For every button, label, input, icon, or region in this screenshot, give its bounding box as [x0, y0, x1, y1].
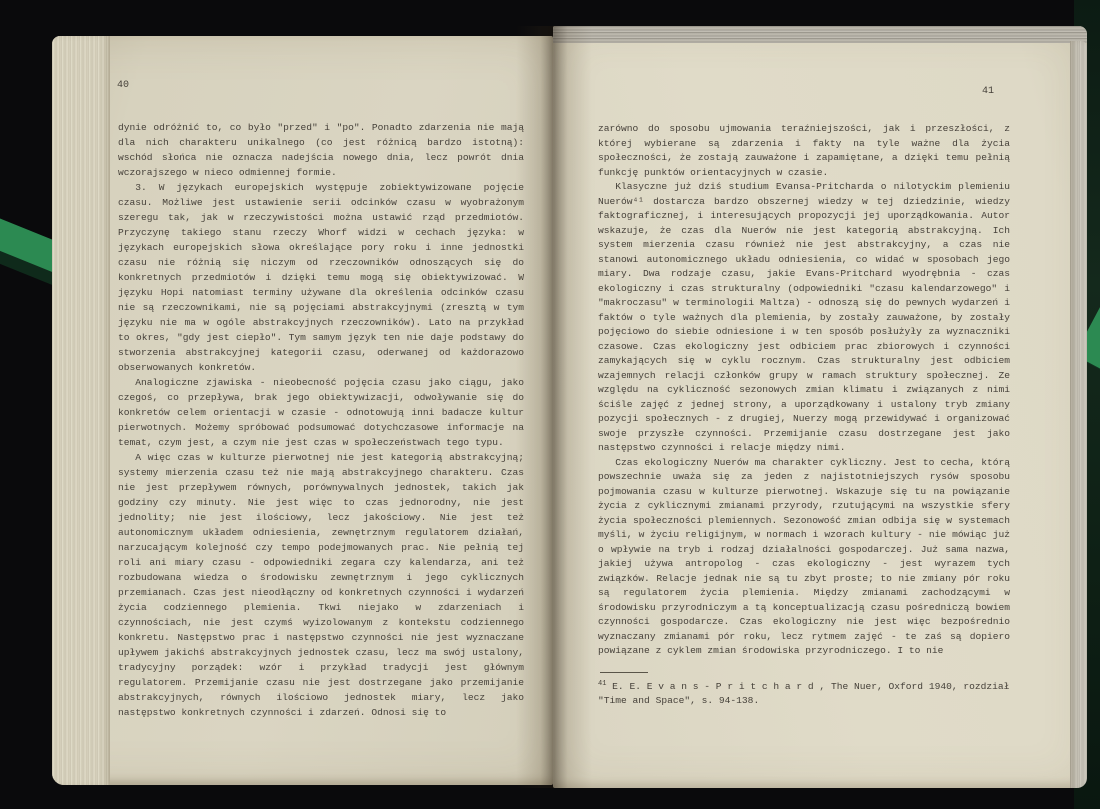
footnote-separator	[600, 672, 648, 673]
paragraph: zarówno do sposobu ujmowania teraźniejsz…	[598, 122, 1010, 180]
right-page-number: 41	[982, 86, 994, 97]
footnote-text: 41 E. E. E v a n s - P r i t c h a r d ,…	[598, 677, 1010, 708]
paragraph: Czas ekologiczny Nuerów ma charakter cyk…	[598, 456, 1010, 659]
paragraph: Analogiczne zjawiska - nieobecność pojęc…	[118, 375, 524, 450]
left-page-body-text: dynie odróżnić to, co było "przed" i "po…	[118, 120, 524, 720]
paragraph: 3. W językach europejskich występuje zob…	[118, 180, 524, 375]
page-fore-edge-icon	[1070, 41, 1087, 788]
left-page: 40 dynie odróżnić to, co było "przed" i …	[52, 36, 553, 785]
paragraph: A więc czas w kulturze pierwotnej nie je…	[118, 450, 524, 720]
footnote: 41 E. E. E v a n s - P r i t c h a r d ,…	[598, 672, 1010, 708]
left-page-number: 40	[117, 80, 129, 91]
footnote-citation: E. E. E v a n s - P r i t c h a r d , Th…	[598, 681, 1009, 706]
paragraph: Klasyczne już dziś studium Evansa-Pritch…	[598, 180, 1010, 456]
book-scan-photo: 40 dynie odróżnić to, co było "przed" i …	[0, 0, 1100, 809]
right-page-body-text: zarówno do sposobu ujmowania teraźniejsz…	[598, 122, 1010, 659]
page-top-edge-stack-icon	[553, 26, 1087, 43]
footnote-marker: 41	[598, 680, 606, 688]
page-edge-stack-icon	[52, 36, 110, 785]
right-page: 41 zarówno do sposobu ujmowania teraźnie…	[553, 26, 1087, 788]
paragraph: dynie odróżnić to, co było "przed" i "po…	[118, 120, 524, 180]
